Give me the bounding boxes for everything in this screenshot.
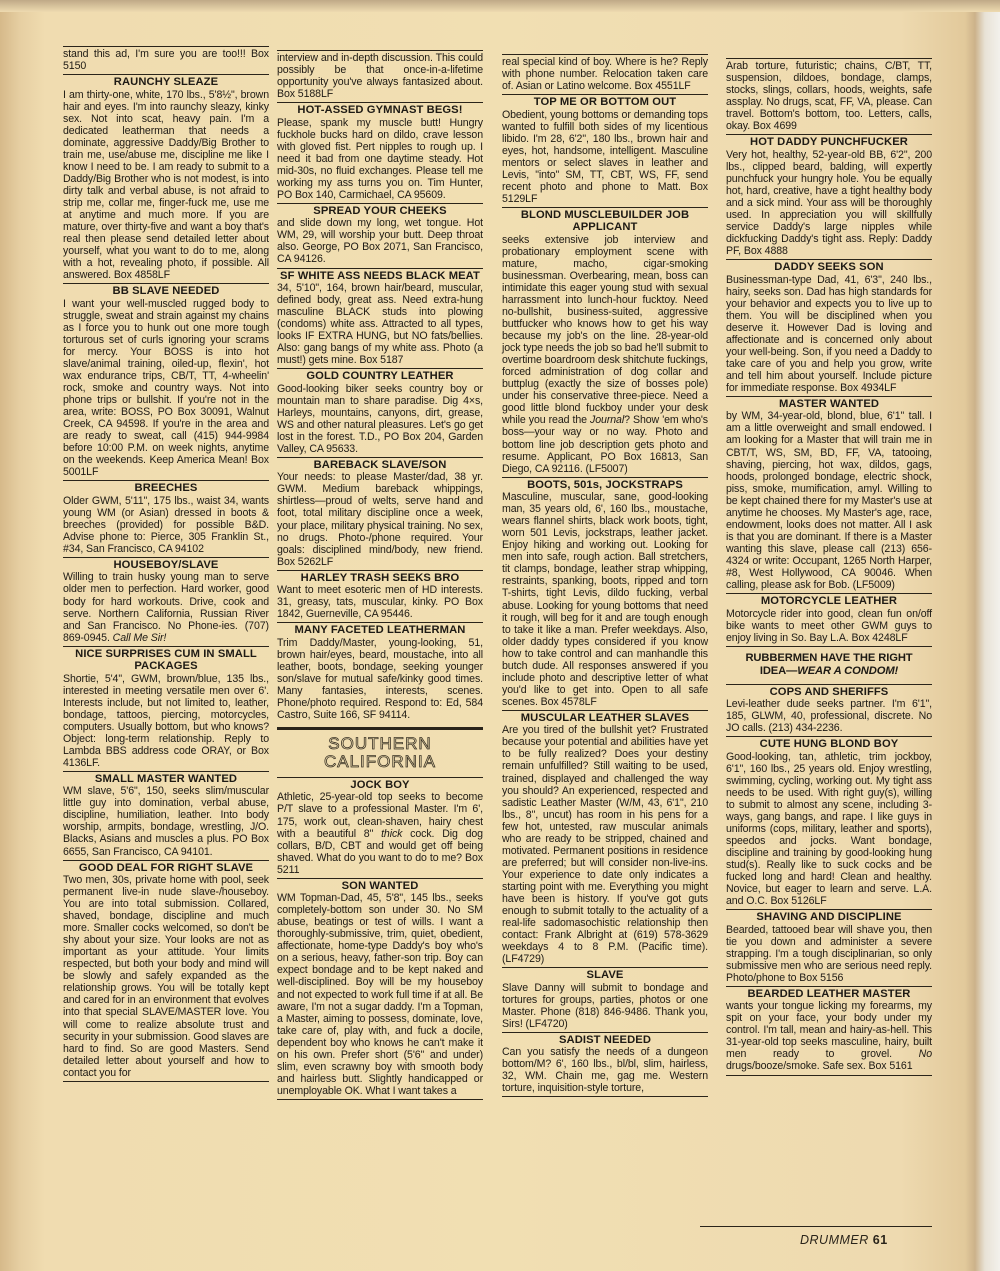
ad-body: Willing to train husky young man to serv…: [63, 571, 269, 643]
ad-title: BLOND MUSCLEBUILDER JOB APPLICANT: [502, 209, 708, 234]
classified-ad: SMALL MASTER WANTEDWM slave, 5'6", 150, …: [63, 771, 269, 858]
ad-divider: [502, 1032, 708, 1033]
column-bottom-rule: [277, 1099, 483, 1100]
section-header-line: SOUTHERN: [277, 735, 483, 753]
classified-ad: NICE SURPRISES CUM IN SMALL PACKAGESShor…: [63, 646, 269, 769]
classified-ad: HOT-ASSED GYMNAST BEGS!Please, spank my …: [277, 102, 483, 201]
ad-title: RAUNCHY SLEAZE: [63, 76, 269, 88]
classified-ad: SON WANTEDWM Topman-Dad, 45, 5'8", 145 l…: [277, 878, 483, 1097]
classified-ad: MUSCULAR LEATHER SLAVESAre you tired of …: [502, 710, 708, 965]
ad-divider: [726, 134, 932, 135]
ad-divider: [277, 368, 483, 369]
ad-title: BEARDED LEATHER MASTER: [726, 988, 932, 1000]
classified-ad: BOOTS, 501s, JOCKSTRAPSMasculine, muscul…: [502, 477, 708, 708]
ad-body: I want your well-muscled rugged body to …: [63, 298, 269, 479]
ad-title: SF WHITE ASS NEEDS BLACK MEAT: [277, 270, 483, 282]
ad-title: COPS AND SHERIFFS: [726, 686, 932, 698]
ad-body: Athletic, 25-year-old top seeks to becom…: [277, 791, 483, 875]
ad-title: SHAVING AND DISCIPLINE: [726, 911, 932, 923]
classified-ad: SPREAD YOUR CHEEKSand slide down my long…: [277, 203, 483, 266]
classified-ad: GOLD COUNTRY LEATHERGood-looking biker s…: [277, 368, 483, 455]
classified-ad: HOT DADDY PUNCHFUCKERVery hot, healthy, …: [726, 134, 932, 257]
classified-ad: BB SLAVE NEEDEDI want your well-muscled …: [63, 283, 269, 478]
ad-body: Masculine, muscular, sane, good-looking …: [502, 491, 708, 708]
classified-ad: HARLEY TRASH SEEKS BROWant to meet esote…: [277, 570, 483, 621]
ad-divider: [277, 570, 483, 571]
classified-ad: BEARDED LEATHER MASTERwants your tongue …: [726, 986, 932, 1073]
page-footer: DRUMMER 61: [800, 1233, 888, 1247]
ad-divider: [726, 986, 932, 987]
ad-title: SPREAD YOUR CHEEKS: [277, 205, 483, 217]
section-rule: [277, 727, 483, 730]
ad-title: MASTER WANTED: [726, 398, 932, 410]
column-bottom-rule: [726, 1075, 932, 1076]
ad-body: Older GWM, 5'11", 175 lbs., waist 34, wa…: [63, 495, 269, 555]
notice-line-2: IDEA—WEAR A CONDOM!: [726, 665, 932, 678]
ad-title: CUTE HUNG BLOND BOY: [726, 738, 932, 750]
ad-divider: [277, 622, 483, 623]
ad-body: Obedient, young bottoms or demanding top…: [502, 109, 708, 205]
column-top-rule: [726, 58, 932, 59]
ad-body: seeks extensive job interview and probat…: [502, 234, 708, 475]
ad-divider: [502, 94, 708, 95]
ad-body: Levi-leather dude seeks partner. I'm 6'1…: [726, 698, 932, 734]
page-top-shadow: [0, 0, 1000, 12]
ad-title: SMALL MASTER WANTED: [63, 773, 269, 785]
ad-divider: [726, 396, 932, 397]
classified-ad: JOCK BOYAthletic, 25-year-old top seeks …: [277, 779, 483, 876]
ad-title: NICE SURPRISES CUM IN SMALL PACKAGES: [63, 648, 269, 673]
ad-title: BB SLAVE NEEDED: [63, 285, 269, 297]
classified-ad: HOUSEBOY/SLAVEWilling to train husky you…: [63, 557, 269, 644]
ad-divider: [726, 259, 932, 260]
ad-title: SADIST NEEDED: [502, 1034, 708, 1046]
ad-divider: [63, 74, 269, 75]
ad-body: Are you tired of the bullshit yet? Frust…: [502, 724, 708, 965]
ad-title: MOTORCYCLE LEATHER: [726, 595, 932, 607]
section-header-southern-california: SOUTHERNCALIFORNIA: [277, 731, 483, 775]
classified-ad: BAREBACK SLAVE/SONYour needs: to please …: [277, 457, 483, 568]
section-rule: [277, 777, 483, 778]
ad-divider: [277, 203, 483, 204]
classified-ad: COPS AND SHERIFFSLevi-leather dude seeks…: [726, 686, 932, 735]
classified-ad: BLOND MUSCLEBUILDER JOB APPLICANTseeks e…: [502, 207, 708, 475]
ad-title: DADDY SEEKS SON: [726, 261, 932, 273]
ad-divider: [277, 268, 483, 269]
ad-title: HOT-ASSED GYMNAST BEGS!: [277, 104, 483, 116]
ad-divider: [502, 710, 708, 711]
ad-body: Two men, 30s, private home with pool, se…: [63, 874, 269, 1079]
ad-body: Trim Daddy/Master, young-looking, 51, br…: [277, 637, 483, 721]
ad-signoff: Call Me Sir!: [110, 632, 166, 644]
ad-divider: [502, 967, 708, 968]
ad-body: interview and in-depth discussion. This …: [277, 52, 483, 100]
ad-body: Can you satisfy the needs of a dungeon b…: [502, 1046, 708, 1094]
column-3: real special kind of boy. Where is he? R…: [502, 52, 708, 1098]
ad-divider: [63, 480, 269, 481]
publication-name: DRUMMER: [800, 1233, 869, 1247]
column-top-rule: [277, 50, 483, 51]
column-top-rule: [502, 54, 708, 55]
ad-title: SON WANTED: [277, 880, 483, 892]
ad-title: MUSCULAR LEATHER SLAVES: [502, 712, 708, 724]
ad-title: JOCK BOY: [277, 779, 483, 791]
ad-body: WM slave, 5'6", 150, seeks slim/muscular…: [63, 785, 269, 857]
ad-divider: [726, 593, 932, 594]
column-1: stand this ad, I'm sure you are too!!! B…: [63, 44, 269, 1083]
ad-body: Slave Danny will submit to bondage and t…: [502, 982, 708, 1030]
ad-body: Please, spank my muscle butt! Hungry fuc…: [277, 117, 483, 201]
ad-divider: [277, 878, 483, 879]
classified-ad: GOOD DEAL FOR RIGHT SLAVETwo men, 30s, p…: [63, 860, 269, 1079]
classified-ad: real special kind of boy. Where is he? R…: [502, 56, 708, 92]
ad-divider: [63, 771, 269, 772]
ad-divider: [726, 909, 932, 910]
ad-body: by WM, 34-year-old, blond, blue, 6'1" ta…: [726, 410, 932, 591]
notice-line-1: RUBBERMEN HAVE THE RIGHT: [726, 652, 932, 665]
ad-divider: [63, 557, 269, 558]
classified-ad: interview and in-depth discussion. This …: [277, 52, 483, 100]
classified-ad: CUTE HUNG BLOND BOYGood-looking, tan, at…: [726, 736, 932, 907]
ad-body: stand this ad, I'm sure you are too!!! B…: [63, 48, 269, 72]
ad-divider: [502, 477, 708, 478]
notice-rule: [726, 646, 932, 647]
ad-body: WM Topman-Dad, 45, 5'8", 145 lbs., seeks…: [277, 892, 483, 1097]
ad-title: HOUSEBOY/SLAVE: [63, 559, 269, 571]
ad-title: GOLD COUNTRY LEATHER: [277, 370, 483, 382]
classified-ad: stand this ad, I'm sure you are too!!! B…: [63, 48, 269, 72]
ad-body: wants your tongue licking my forearms, m…: [726, 1000, 932, 1072]
ad-body: 34, 5'10", 164, brown hair/beard, muscul…: [277, 282, 483, 366]
safe-sex-notice: RUBBERMEN HAVE THE RIGHTIDEA—WEAR A COND…: [726, 648, 932, 682]
ad-divider: [502, 207, 708, 208]
ad-divider: [726, 736, 932, 737]
ad-body: Bearded, tattooed bear will shave you, t…: [726, 924, 932, 984]
ad-body: I am thirty-one, white, 170 lbs., 5'8½",…: [63, 89, 269, 282]
footer-rule: [700, 1226, 932, 1227]
column-top-rule: [63, 46, 269, 47]
ad-divider: [277, 102, 483, 103]
ad-emphasis: No: [892, 1048, 932, 1060]
ad-divider: [63, 860, 269, 861]
classified-ad: MANY FACETED LEATHERMANTrim Daddy/Master…: [277, 622, 483, 721]
classified-ad: RAUNCHY SLEAZEI am thirty-one, white, 17…: [63, 74, 269, 281]
ad-body: Shortie, 5'4", GWM, brown/blue, 135 lbs.…: [63, 673, 269, 769]
ad-body: Businessman-type Dad, 41, 6'3", 240 lbs.…: [726, 274, 932, 394]
classified-ad: SHAVING AND DISCIPLINEBearded, tattooed …: [726, 909, 932, 984]
ad-title: TOP ME OR BOTTOM OUT: [502, 96, 708, 108]
ad-emphasis: Journal: [587, 414, 624, 426]
ad-body: Arab torture, futuristic; chains, C/BT, …: [726, 60, 932, 132]
column-2: interview and in-depth discussion. This …: [277, 48, 483, 1101]
classified-ad: TOP ME OR BOTTOM OUTObedient, young bott…: [502, 94, 708, 205]
column-bottom-rule: [63, 1081, 269, 1082]
ad-body: Very hot, healthy, 52-year-old BB, 6'2",…: [726, 149, 932, 257]
ad-body: Your needs: to please Master/dad, 38 yr.…: [277, 471, 483, 567]
section-header-line: CALIFORNIA: [277, 753, 483, 771]
classified-ad: MASTER WANTEDby WM, 34-year-old, blond, …: [726, 396, 932, 591]
ad-divider: [63, 646, 269, 647]
classified-ad: SF WHITE ASS NEEDS BLACK MEAT34, 5'10", …: [277, 268, 483, 367]
ad-body: Motorcycle rider into good, clean fun on…: [726, 608, 932, 644]
ad-title: HARLEY TRASH SEEKS BRO: [277, 572, 483, 584]
ad-body: Good-looking biker seeks country boy or …: [277, 383, 483, 455]
column-bottom-rule: [502, 1096, 708, 1097]
classified-ad: BREECHESOlder GWM, 5'11", 175 lbs., wais…: [63, 480, 269, 555]
ad-title: MANY FACETED LEATHERMAN: [277, 624, 483, 636]
page-number: 61: [873, 1233, 888, 1247]
notice-emphasis: WEAR A CONDOM!: [797, 665, 898, 677]
ad-title: HOT DADDY PUNCHFUCKER: [726, 136, 932, 148]
ad-body: and slide down my long, wet tongue. Hot …: [277, 217, 483, 265]
notice-rule: [726, 684, 932, 685]
ad-title: GOOD DEAL FOR RIGHT SLAVE: [63, 862, 269, 874]
ad-body: Want to meet esoteric men of HD interest…: [277, 584, 483, 620]
ad-title: BAREBACK SLAVE/SON: [277, 459, 483, 471]
ad-title: BOOTS, 501s, JOCKSTRAPS: [502, 479, 708, 491]
ad-body: real special kind of boy. Where is he? R…: [502, 56, 708, 92]
ad-emphasis: thick: [373, 828, 402, 840]
classified-ad: SLAVESlave Danny will submit to bondage …: [502, 967, 708, 1030]
classified-ad: DADDY SEEKS SONBusinessman-type Dad, 41,…: [726, 259, 932, 394]
ad-title: SLAVE: [502, 969, 708, 981]
classified-ad: MOTORCYCLE LEATHERMotorcycle rider into …: [726, 593, 932, 644]
ad-body: Good-looking, tan, athletic, trim jockbo…: [726, 751, 932, 908]
ad-divider: [277, 457, 483, 458]
classified-ad: Arab torture, futuristic; chains, C/BT, …: [726, 60, 932, 132]
classified-ad: SADIST NEEDEDCan you satisfy the needs o…: [502, 1032, 708, 1095]
column-4: Arab torture, futuristic; chains, C/BT, …: [726, 56, 932, 1077]
ad-divider: [63, 283, 269, 284]
ad-title: BREECHES: [63, 482, 269, 494]
